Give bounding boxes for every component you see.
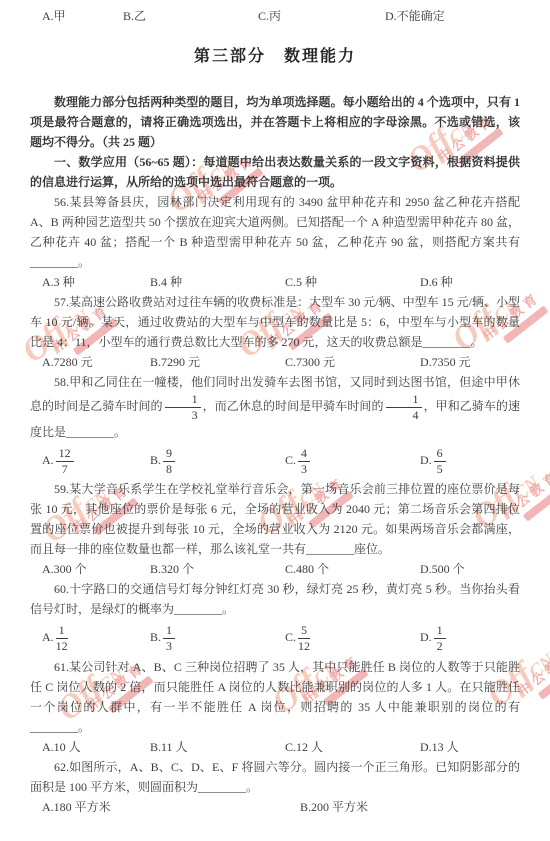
option-b: B.98	[150, 446, 285, 476]
option-d: D.7350 元	[420, 352, 520, 372]
question-61-options: A.10 人 B.11 人 C.12 人 D.13 人	[30, 737, 520, 757]
question-58-text: 58.甲和乙同住在一幢楼，他们同时出发骑车去图书馆，又同时到达图书馆，但途中甲休…	[30, 372, 520, 442]
option-b: B.320 个	[150, 559, 285, 579]
fraction-numerator: 1	[56, 624, 68, 639]
fraction: 127	[56, 447, 74, 475]
option-c: C.512	[285, 623, 420, 653]
fraction-denominator: 12	[56, 639, 68, 653]
fraction: 14	[386, 393, 422, 421]
fraction-denominator: 3	[163, 639, 175, 653]
fraction: 65	[434, 447, 446, 475]
fraction-denominator: 7	[56, 462, 74, 476]
option-a: A.300 个	[42, 559, 150, 579]
option-d: D.12	[420, 623, 520, 653]
fraction-denominator: 3	[165, 408, 201, 422]
option-d: D.不能确定	[385, 6, 520, 26]
option-a: A.10 人	[42, 737, 150, 757]
fraction-numerator: 4	[298, 447, 310, 462]
option-b: B.7290 元	[150, 352, 285, 372]
option-b: B.4 种	[150, 272, 285, 292]
option-d: D.6 种	[420, 272, 520, 292]
option-c: C.7300 元	[285, 352, 420, 372]
fraction-numerator: 1	[434, 624, 446, 639]
option-a: A.甲	[42, 6, 123, 26]
fraction-numerator: 5	[298, 624, 310, 639]
option-d: D.500 个	[420, 559, 520, 579]
question-56-options: A.3 种 B.4 种 C.5 种 D.6 种	[30, 272, 520, 292]
subsection-heading: 一、数学应用（56~65 题）：每道题中给出表达数量关系的一段文字资料，根据资料…	[30, 152, 520, 192]
option-b: B.11 人	[150, 737, 285, 757]
fraction-numerator: 9	[163, 447, 175, 462]
question-58-options: A.127 B.98 C.43 D.65	[30, 446, 520, 476]
option-a: A.180 平方米	[42, 797, 300, 817]
option-c: C.丙	[258, 6, 385, 26]
carryover-options-row: A.甲 B.乙 C.丙 D.不能确定	[30, 6, 520, 26]
fraction-denominator: 3	[298, 462, 310, 476]
option-c: C.43	[285, 446, 420, 476]
option-a: A.7280 元	[42, 352, 150, 372]
fraction-denominator: 2	[434, 639, 446, 653]
section-title: 第三部分 数理能力	[30, 46, 520, 68]
question-61-text: 61.某公司针对 A、B、C 三种岗位招聘了 35 人，其中只能胜任 B 岗位的…	[30, 657, 520, 737]
question-59-options: A.300 个 B.320 个 C.480 个 D.500 个	[30, 559, 520, 579]
fraction-numerator: 1	[163, 624, 175, 639]
fraction-denominator: 12	[298, 639, 310, 653]
question-62-options: A.180 平方米 B.200 平方米	[30, 797, 520, 817]
question-59-text: 59.某大学音乐系学生在学校礼堂举行音乐会，第一场音乐会前三排位置的座位票价是每…	[30, 479, 520, 559]
fraction: 12	[434, 624, 446, 652]
fraction-numerator: 6	[434, 447, 446, 462]
option-d: D.13 人	[420, 737, 520, 757]
option-a: A.127	[42, 446, 150, 476]
question-60-text: 60.十字路口的交通信号灯每分钟红灯亮 30 秒，绿灯亮 25 秒，黄灯亮 5 …	[30, 579, 520, 619]
option-c: C.5 种	[285, 272, 420, 292]
option-b: B.乙	[123, 6, 258, 26]
question-60-options: A.112 B.13 C.512 D.12	[30, 623, 520, 653]
option-a: A.3 种	[42, 272, 150, 292]
exam-page: A.甲 B.乙 C.丙 D.不能确定 第三部分 数理能力 数理能力部分包括两种类…	[0, 0, 550, 817]
option-c: C.12 人	[285, 737, 420, 757]
question-57-options: A.7280 元 B.7290 元 C.7300 元 D.7350 元	[30, 352, 520, 372]
fraction: 13	[165, 393, 201, 421]
fraction: 112	[56, 624, 68, 652]
fraction: 512	[298, 624, 310, 652]
fraction-denominator: 4	[386, 408, 422, 422]
option-c: C.480 个	[285, 559, 420, 579]
fraction-denominator: 8	[163, 462, 175, 476]
question-62-text: 62.如图所示，A、B、C、D、E、F 将圆六等分。圆内接一个正三角形。已知阴影…	[30, 757, 520, 797]
fraction-numerator: 1	[386, 393, 422, 408]
option-b: B.13	[150, 623, 285, 653]
option-a: A.112	[42, 623, 150, 653]
fraction: 13	[163, 624, 175, 652]
question-57-text: 57.某高速公路收费站对过往车辆的收费标准是：大型车 30 元/辆、中型车 15…	[30, 292, 520, 352]
fraction-numerator: 12	[56, 447, 74, 462]
fraction: 43	[298, 447, 310, 475]
fraction: 98	[163, 447, 175, 475]
question-56-text: 56.某县筹备县庆，园林部门决定利用现有的 3490 盆甲种花卉和 2950 盆…	[30, 192, 520, 272]
option-d: D.65	[420, 446, 520, 476]
fraction-denominator: 5	[434, 462, 446, 476]
section-instructions: 数理能力部分包括两种类型的题目，均为单项选择题。每小题给出的 4 个选项中，只有…	[30, 92, 520, 152]
fraction-numerator: 1	[165, 393, 201, 408]
option-b: B.200 平方米	[300, 797, 520, 817]
